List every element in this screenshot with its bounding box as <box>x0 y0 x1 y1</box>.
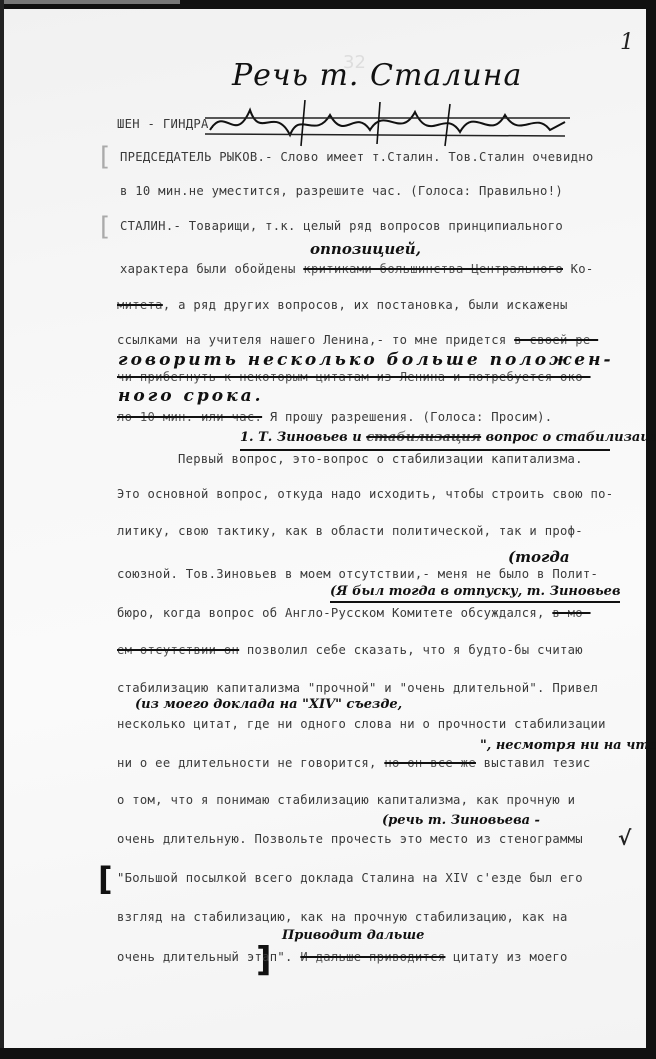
handwritten-insertion: (Я был тогда в отпуску, т. Зиновьев <box>330 584 621 599</box>
text-line: ссылками на учителя нашего Ленина,- то м… <box>117 333 598 347</box>
quoted-line: "Большой посылкой всего доклада Сталина … <box>117 871 583 885</box>
text-line: митета, а ряд других вопросов, их постан… <box>117 298 568 312</box>
struck-text: в мо- <box>552 606 590 620</box>
handwritten-insertion: Приводит дальше <box>282 928 424 943</box>
speaker-line: ШЕН - ГИНДРА. <box>117 117 216 131</box>
text-line: ПРЕДСЕДАТЕЛЬ РЫКОВ.- Слово имеет т.Стали… <box>120 150 594 164</box>
text-line: бюро, когда вопрос об Англо-Русском Коми… <box>117 606 591 620</box>
handwritten-insertion: ", несмотря ни на что, <box>480 738 656 753</box>
quote-bracket-open: [ <box>98 860 113 898</box>
handwritten-insertion: (тогда <box>508 548 570 566</box>
text-line: стабилизацию капитализма "прочной" и "оч… <box>117 681 598 695</box>
text-line: Это основной вопрос, откуда надо исходит… <box>117 487 613 501</box>
text-line: очень длительную. Позвольте прочесть это… <box>117 832 583 846</box>
struck-text: митета <box>117 298 163 312</box>
struck-text: чи прибегнуть к некоторым цитатам из Лен… <box>117 370 591 384</box>
text-line: союзной. Тов.Зиновьев в моем отсутствии,… <box>117 567 598 581</box>
struck-text: в своей ре- <box>514 333 598 347</box>
text-line: в 10 мин.не уместится, разрешите час. (Г… <box>120 184 563 198</box>
text-line: о том, что я понимаю стабилизацию капита… <box>117 793 575 807</box>
margin-bracket-mark: [ <box>100 142 110 172</box>
handwritten-insertion: оппозицией, <box>310 240 421 258</box>
handwritten-underline <box>240 449 610 451</box>
text-line: СТАЛИН.- Товарищи, т.к. целый ряд вопрос… <box>120 219 563 233</box>
text-line: чи прибегнуть к некоторым цитатам из Лен… <box>117 370 591 384</box>
margin-bracket-mark: [ <box>100 212 110 242</box>
text-line: ло 10 мин. или час. Я прошу разрешения. … <box>117 410 552 424</box>
scan-border-bottom <box>0 1048 656 1059</box>
scan-border-highlight <box>0 0 180 4</box>
struck-text: но он все же <box>384 756 476 770</box>
text-line: очень длительный этап". И дальше приводи… <box>117 950 568 964</box>
text-line: литику, свою тактику, как в области поли… <box>117 524 583 538</box>
handwritten-insertion: ного срока. <box>118 386 264 406</box>
quoted-line: взгляд на стабилизацию, как на прочную с… <box>117 910 568 924</box>
text-line: ни о ее длительности не говорится, но он… <box>117 756 591 770</box>
text-line: несколько цитат, где ни одного слова ни … <box>117 717 606 731</box>
text-line: Первый вопрос, это-вопрос о стабилизации… <box>178 452 583 466</box>
handwritten-underline <box>330 601 620 603</box>
crossed-out-scribble <box>205 100 575 148</box>
text-line: характера были обойдены критиками больши… <box>120 262 594 276</box>
struck-text: критиками большинства Центрального <box>303 262 563 276</box>
scan-border-right <box>646 0 656 1059</box>
struck-text: И дальше приводится <box>300 950 445 964</box>
handwritten-insertion: (речь т. Зиновьева - <box>382 813 540 828</box>
struck-text: ем отсутствии он <box>117 643 239 657</box>
handwritten-insertion: (из моего доклада на "XIV" съезде, <box>135 697 402 712</box>
text-line: ем отсутствии он позволил себе сказать, … <box>117 643 583 657</box>
handwritten-insertion: говорить несколько больше положен- <box>118 350 614 370</box>
page-number: 1 <box>620 30 634 55</box>
struck-text: ло 10 мин. или час. <box>117 410 262 424</box>
handwritten-point: 1. Т. Зиновьев и стабилизация вопрос о с… <box>240 430 656 445</box>
handwritten-title: Речь т. Сталина <box>232 58 522 93</box>
check-mark: √ <box>618 826 631 850</box>
